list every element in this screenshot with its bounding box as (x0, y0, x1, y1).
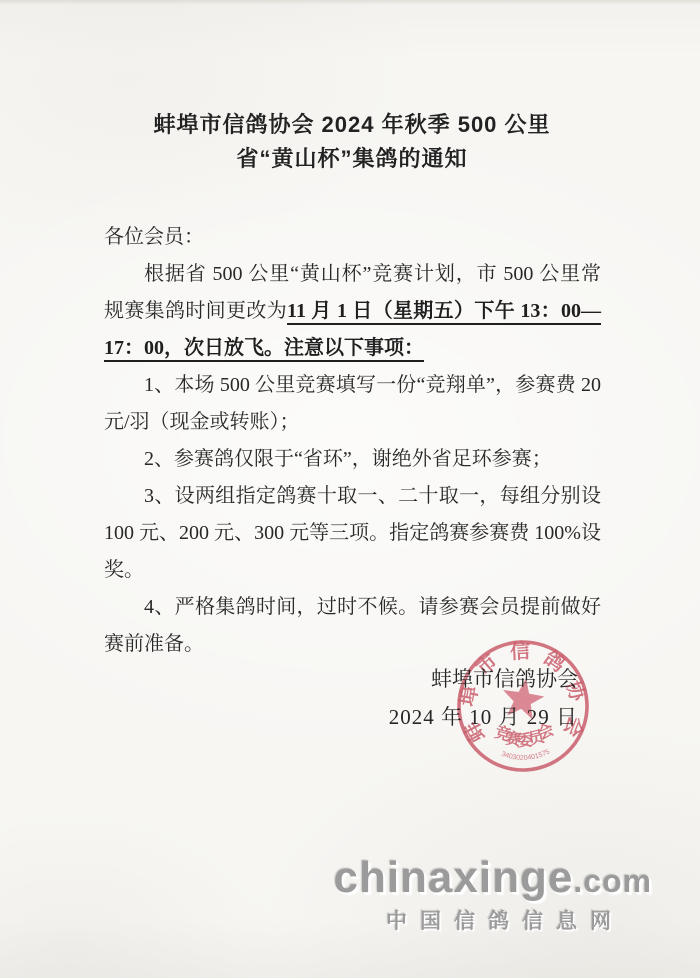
notice-item-2: 2、参赛鸽仅限于“省环”，谢绝外省足环参赛； (104, 441, 601, 478)
seal-serial-number: 3403020401575 (500, 748, 551, 763)
salutation: 各位会员： (104, 219, 601, 256)
doc-body: 各位会员： 根据省 500 公里“黄山杯”竞赛计划，市 500 公里常规赛集鸽时… (104, 219, 601, 663)
scanned-notice-page: 蚌埠市信鸽协会 2024 年秋季 500 公里 省“黄山杯”集鸽的通知 各位会员… (0, 0, 700, 978)
doc-title-line2: 省“黄山杯”集鸽的通知 (104, 142, 600, 176)
watermark-domain-main: chinaxinge (333, 853, 573, 902)
watermark-domain-tld: .com (573, 863, 652, 899)
site-watermark: chinaxinge.com 中国信鸽信息网 (333, 856, 652, 935)
watermark-chinese-name: 中国信鸽信息网 (333, 905, 624, 935)
notice-item-3: 3、设两组指定鸽赛十取一、二十取一，每组分别设 100 元、200 元、300 … (104, 478, 601, 589)
signature-block: 蚌埠市信鸽协会 2024 年 10 月 29 日 (389, 660, 578, 736)
notice-item-4: 4、严格集鸽时间，过时不候。请参赛会员提前做好赛前准备。 (104, 589, 601, 663)
notice-item-1: 1、本场 500 公里竞赛填写一份“竞翔单”，参赛费 20 元/羽（现金或转账）… (104, 367, 601, 441)
signature-date: 2024 年 10 月 29 日 (389, 698, 578, 736)
intro-paragraph: 根据省 500 公里“黄山杯”竞赛计划，市 500 公里常规赛集鸽时间更改为11… (104, 256, 601, 367)
signature-org: 蚌埠市信鸽协会 (389, 660, 578, 698)
doc-title-line1: 蚌埠市信鸽协会 2024 年秋季 500 公里 (104, 108, 600, 142)
doc-title: 蚌埠市信鸽协会 2024 年秋季 500 公里 省“黄山杯”集鸽的通知 (104, 108, 600, 176)
watermark-domain: chinaxinge.com (333, 856, 652, 903)
